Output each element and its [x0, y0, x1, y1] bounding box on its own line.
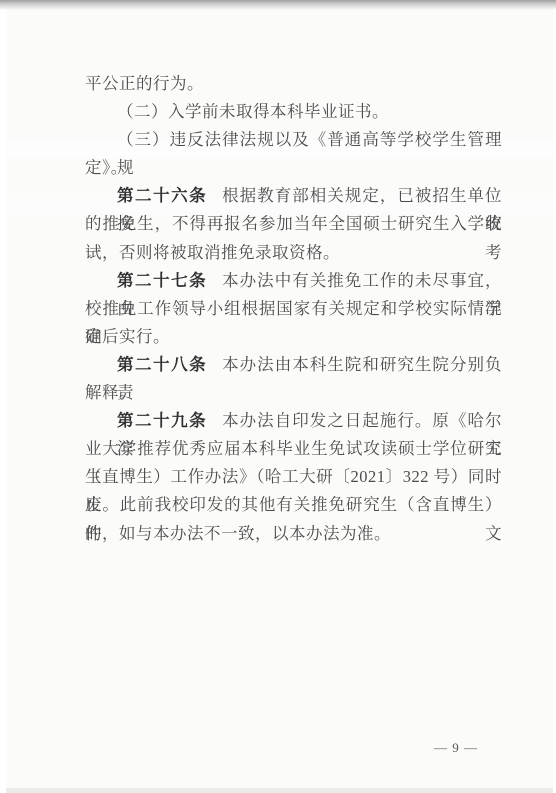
text-line: 定》。 — [85, 154, 502, 182]
article-28-heading: 第二十八条 — [117, 356, 207, 374]
text-line-article-27: 第二十七条本办法中有关推免工作的未尽事宜，由学 — [85, 267, 502, 295]
article-29-heading: 第二十九条 — [117, 412, 207, 430]
text-line: 解释。 — [85, 379, 502, 407]
text-line-article-28: 第二十八条本办法由本科生院和研究生院分别负责 — [85, 351, 502, 379]
text-line: （二）入学前未取得本科毕业证书。 — [85, 98, 502, 126]
page-number: — 9 — — [426, 740, 486, 756]
document-body: 平公正的行为。 （二）入学前未取得本科毕业证书。 （三）违反法律法规以及《普通高… — [85, 70, 502, 548]
text-line: 平公正的行为。 — [85, 70, 502, 98]
article-26-heading: 第二十六条 — [117, 187, 207, 205]
text-line: 业大学推荐优秀应届本科毕业生免试攻读硕士学位研究生 — [85, 435, 502, 463]
scan-artifact-band — [6, 788, 553, 793]
text-line: 校推免工作领导小组根据国家有关规定和学校实际情况确 — [85, 295, 502, 323]
text-line: （三）违反法律法规以及《普通高等学校学生管理规 — [85, 126, 502, 154]
text-line: 定后实行。 — [85, 323, 502, 351]
text-line-article-26: 第二十六条根据教育部相关规定，已被招生单位接收 — [85, 182, 502, 210]
text-line: 的推免生，不得再报名参加当年全国硕士研究生入学统一考 — [85, 210, 502, 238]
text-line: （直博生）工作办法》（哈工大研〔2021〕322 号）同时废 — [85, 463, 502, 491]
document-page: 平公正的行为。 （二）入学前未取得本科毕业证书。 （三）违反法律法规以及《普通高… — [6, 2, 553, 793]
article-27-heading: 第二十七条 — [117, 272, 207, 290]
page-top-shadow — [0, 0, 556, 10]
text-line: 止。此前我校印发的其他有关推免研究生（含直博生）的文 — [85, 491, 502, 519]
text-line-article-29: 第二十九条本办法自印发之日起施行。原《哈尔滨工 — [85, 407, 502, 435]
